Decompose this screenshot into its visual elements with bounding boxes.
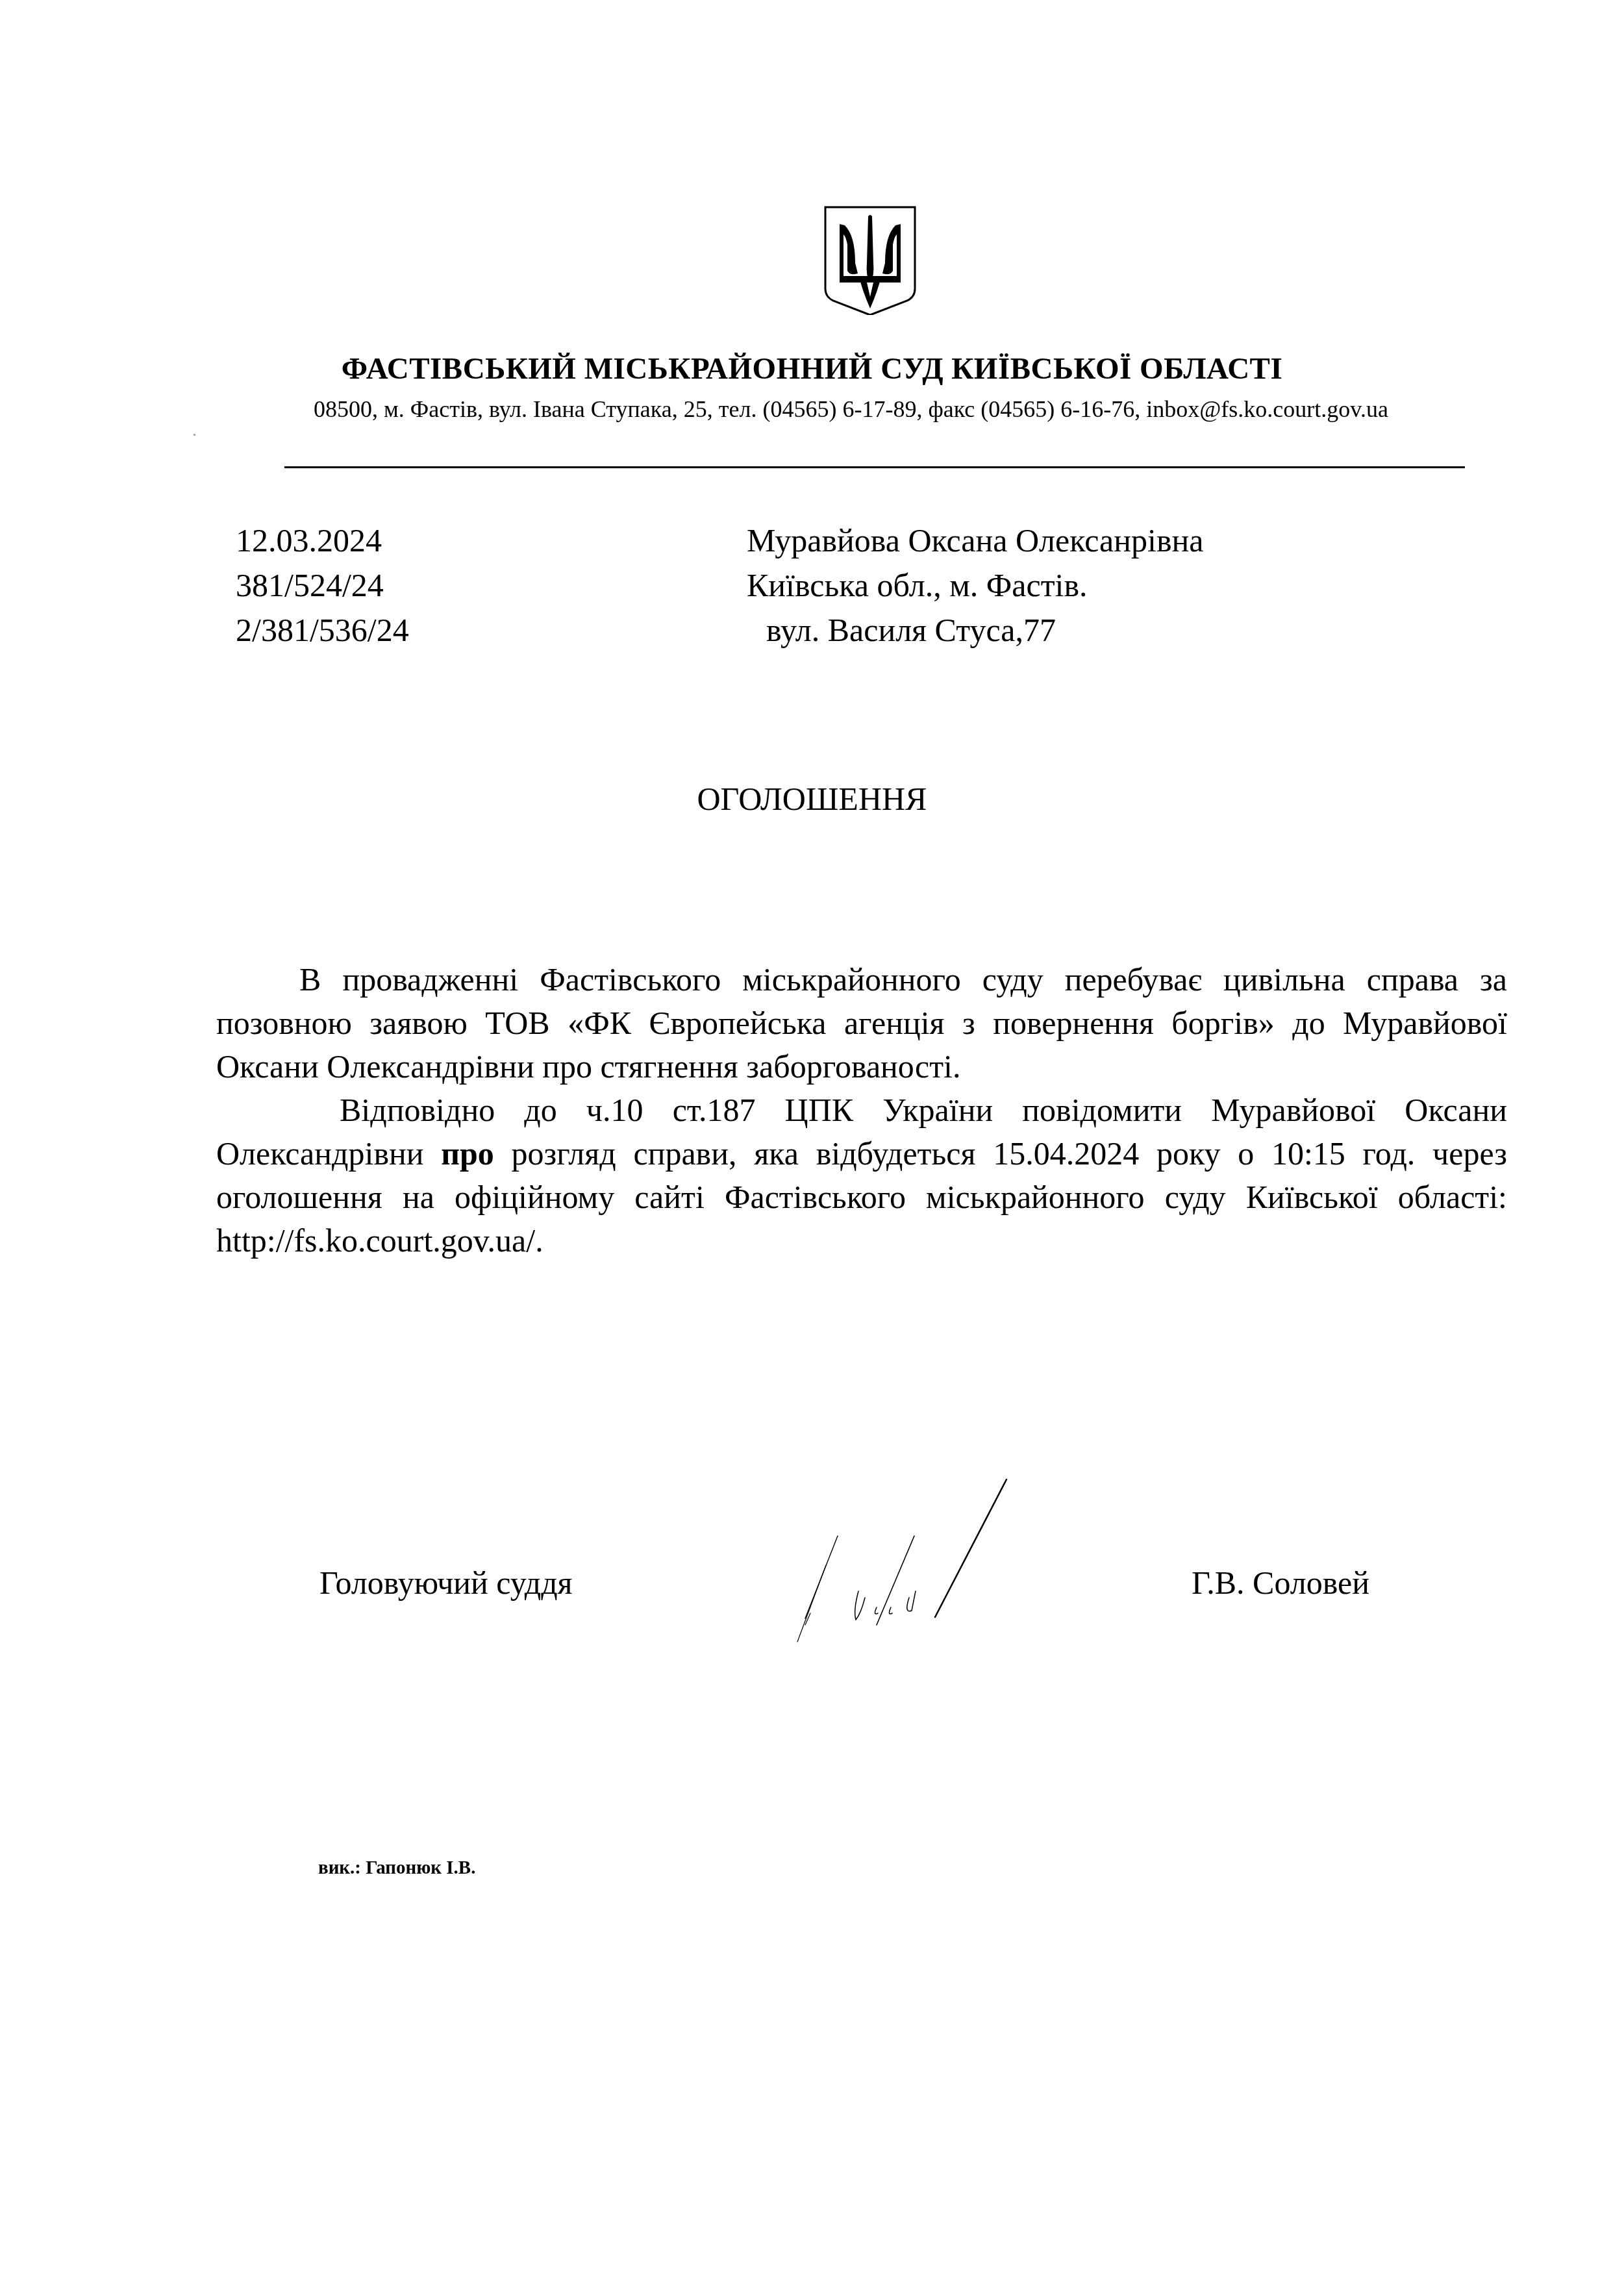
addressee-block: Муравйова Оксана Олексанрівна Київська о… <box>747 518 1204 653</box>
addressee-street: вул. Василя Стуса,77 <box>747 608 1204 653</box>
document-title: ОГОЛОШЕННЯ <box>0 783 1624 815</box>
body-paragraph-2-bold: про <box>441 1135 494 1172</box>
addressee-city: Київська обл., м. Фастів. <box>747 563 1204 608</box>
reference-block: 12.03.2024 381/524/24 2/381/536/24 <box>236 518 409 653</box>
executor-note: вик.: Гапонюк І.В. <box>318 1859 475 1878</box>
case-number: 2/381/536/24 <box>236 608 409 653</box>
outgoing-number: 381/524/24 <box>236 563 409 608</box>
header-divider <box>284 466 1465 468</box>
addressee-name: Муравйова Оксана Олексанрівна <box>747 518 1204 563</box>
body-paragraph-2: Відповідно до ч.10 ст.187 ЦПК України по… <box>216 1088 1507 1263</box>
signer-name: Г.В. Соловей <box>1192 1566 1369 1599</box>
body-paragraph-1: В провадженні Фастівського міськрайонног… <box>216 958 1507 1088</box>
document-body: В провадженні Фастівського міськрайонног… <box>216 958 1507 1263</box>
trident-emblem-icon <box>821 185 919 315</box>
document-date: 12.03.2024 <box>236 518 409 563</box>
signer-role: Головуючий суддя <box>319 1566 573 1599</box>
court-name: ФАСТІВСЬКИЙ МІСЬКРАЙОННИЙ СУД КИЇВСЬКОЇ … <box>0 354 1624 384</box>
handwritten-signature-icon <box>714 1474 1019 1643</box>
court-address: 08500, м. Фастів, вул. Івана Ступака, 25… <box>0 397 1624 421</box>
scan-artifact <box>194 434 195 436</box>
